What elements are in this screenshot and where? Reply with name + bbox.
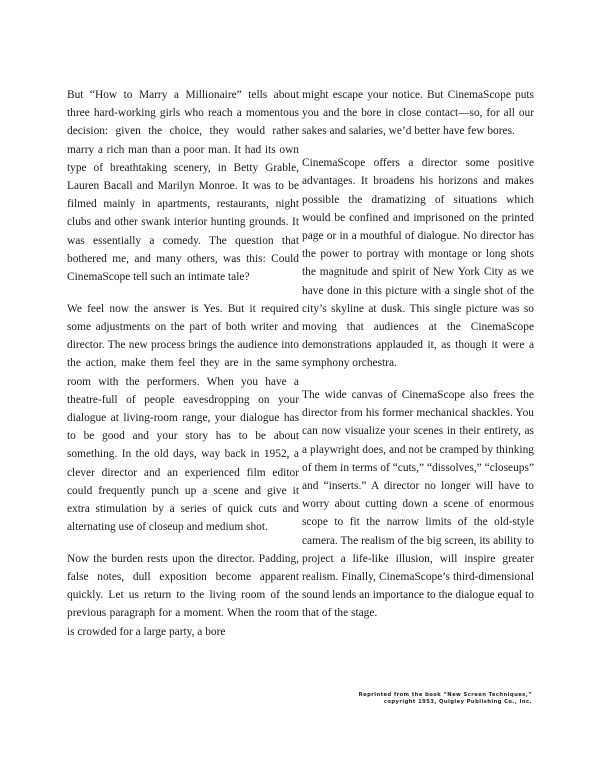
- paragraph: Now the burden rests upon the director. …: [67, 550, 299, 641]
- reprint-credit-line-1: Reprinted from the book “New Screen Tech…: [359, 692, 532, 699]
- paragraph: We feel now the answer is Yes. But it re…: [67, 300, 299, 537]
- reprint-credit: Reprinted from the book “New Screen Tech…: [359, 692, 532, 706]
- reprint-credit-line-2: copyright 1953, Quigley Publishing Co., …: [359, 699, 532, 706]
- paragraph: might escape your notice. But CinemaScop…: [302, 86, 534, 141]
- text-column-left: But “How to Marry a Millionaire” tells a…: [67, 86, 299, 654]
- document-page: But “How to Marry a Millionaire” tells a…: [0, 0, 589, 766]
- paragraph: CinemaScope offers a director some posit…: [302, 154, 534, 372]
- paragraph: The wide canvas of CinemaScope also free…: [302, 386, 534, 623]
- paragraph: But “How to Marry a Millionaire” tells a…: [67, 86, 299, 286]
- text-column-right: might escape your notice. But CinemaScop…: [302, 86, 534, 636]
